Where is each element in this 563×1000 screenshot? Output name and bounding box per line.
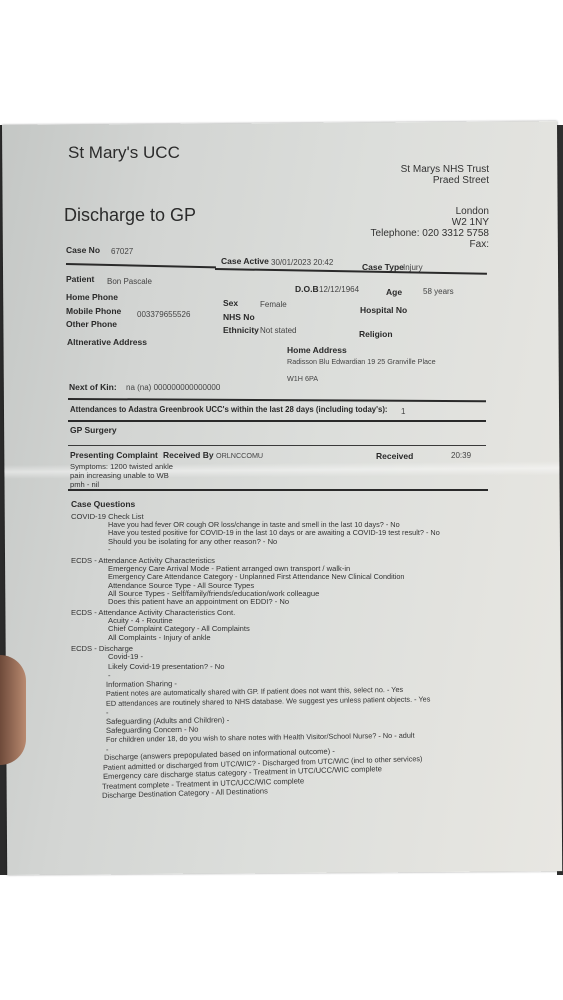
- mobile-phone-value: 003379655526: [137, 310, 190, 319]
- divider: [68, 420, 486, 422]
- hospital-no-label: Hospital No: [360, 305, 407, 315]
- case-questions-label: Case Questions: [71, 499, 135, 509]
- received-by-label: Received By: [163, 450, 214, 460]
- city-address-line: W2 1NY: [371, 217, 489, 228]
- complaint-line: pmh - nil: [70, 480, 99, 489]
- city-address: London W2 1NY Telephone: 020 3312 5758 F…: [371, 206, 489, 250]
- received-label: Received: [376, 451, 413, 461]
- case-question-item: Safeguarding (Adults and Children) -: [106, 715, 229, 726]
- received-by-value: ORLNCCOMU: [216, 451, 263, 460]
- patient-label: Patient: [66, 274, 94, 284]
- case-question-item: All Complaints - Injury of ankle: [108, 633, 211, 642]
- case-question-item: -: [108, 671, 111, 680]
- city-address-line: London: [371, 206, 489, 217]
- case-question-item: Covid-19 -: [108, 652, 143, 661]
- alternative-address-label: Altnerative Address: [67, 337, 147, 347]
- next-of-kin-value: na (na) 000000000000000: [126, 383, 220, 392]
- case-active-value: 30/01/2023 20:42: [271, 258, 333, 267]
- organisation-name: St Mary's UCC: [68, 143, 180, 163]
- home-address-postcode: W1H 6PA: [287, 374, 318, 383]
- sex-label: Sex: [223, 298, 238, 308]
- trust-address-line: St Marys NHS Trust: [401, 164, 489, 175]
- received-time: 20:39: [451, 451, 471, 460]
- holding-thumb: [0, 655, 26, 765]
- case-question-item: -: [106, 708, 109, 717]
- patient-name: Bon Pascale: [107, 277, 152, 286]
- next-of-kin-label: Next of Kin:: [69, 382, 117, 392]
- dob-label: D.O.B: [295, 284, 319, 294]
- divider: [68, 445, 486, 446]
- ethnicity-label: Ethnicity: [223, 325, 259, 335]
- sex-value: Female: [260, 300, 287, 309]
- gp-surgery-label: GP Surgery: [70, 425, 117, 435]
- case-question-item: Does this patient have an appointment on…: [108, 597, 289, 606]
- home-phone-label: Home Phone: [66, 292, 118, 302]
- case-active-label: Case Active: [221, 256, 269, 266]
- presenting-complaint-label: Presenting Complaint: [70, 450, 158, 460]
- age-value: 58 years: [423, 287, 454, 296]
- trust-address-line: Praed Street: [401, 175, 489, 186]
- case-question-item: Should you be isolating for any other re…: [108, 537, 277, 546]
- case-question-item: Likely Covid-19 presentation? - No: [108, 662, 225, 671]
- case-no-value: 67027: [111, 247, 133, 256]
- trust-address: St Marys NHS Trust Praed Street: [401, 164, 489, 186]
- complaint-line: pain increasing unable to WB: [70, 471, 169, 480]
- mobile-phone-label: Mobile Phone: [66, 306, 121, 316]
- nhs-no-label: NHS No: [223, 312, 255, 322]
- telephone: Telephone: 020 3312 5758: [371, 228, 489, 239]
- complaint-line: Symptoms: 1200 twisted ankle: [70, 462, 173, 471]
- dob-value: 12/12/1964: [319, 285, 359, 294]
- case-no-label: Case No: [66, 245, 100, 255]
- attendances-label: Attendances to Adastra Greenbrook UCC's …: [70, 405, 388, 414]
- divider: [68, 489, 488, 491]
- religion-label: Religion: [359, 329, 393, 339]
- document-title: Discharge to GP: [64, 205, 196, 226]
- other-phone-label: Other Phone: [66, 319, 117, 329]
- home-address-label: Home Address: [287, 345, 347, 355]
- fax: Fax:: [371, 239, 489, 250]
- case-question-item: -: [108, 545, 111, 554]
- ethnicity-value: Not stated: [260, 326, 296, 335]
- home-address-line: Radisson Blu Edwardian 19 25 Granville P…: [287, 357, 436, 366]
- attendances-count: 1: [401, 407, 405, 416]
- age-label: Age: [386, 287, 402, 297]
